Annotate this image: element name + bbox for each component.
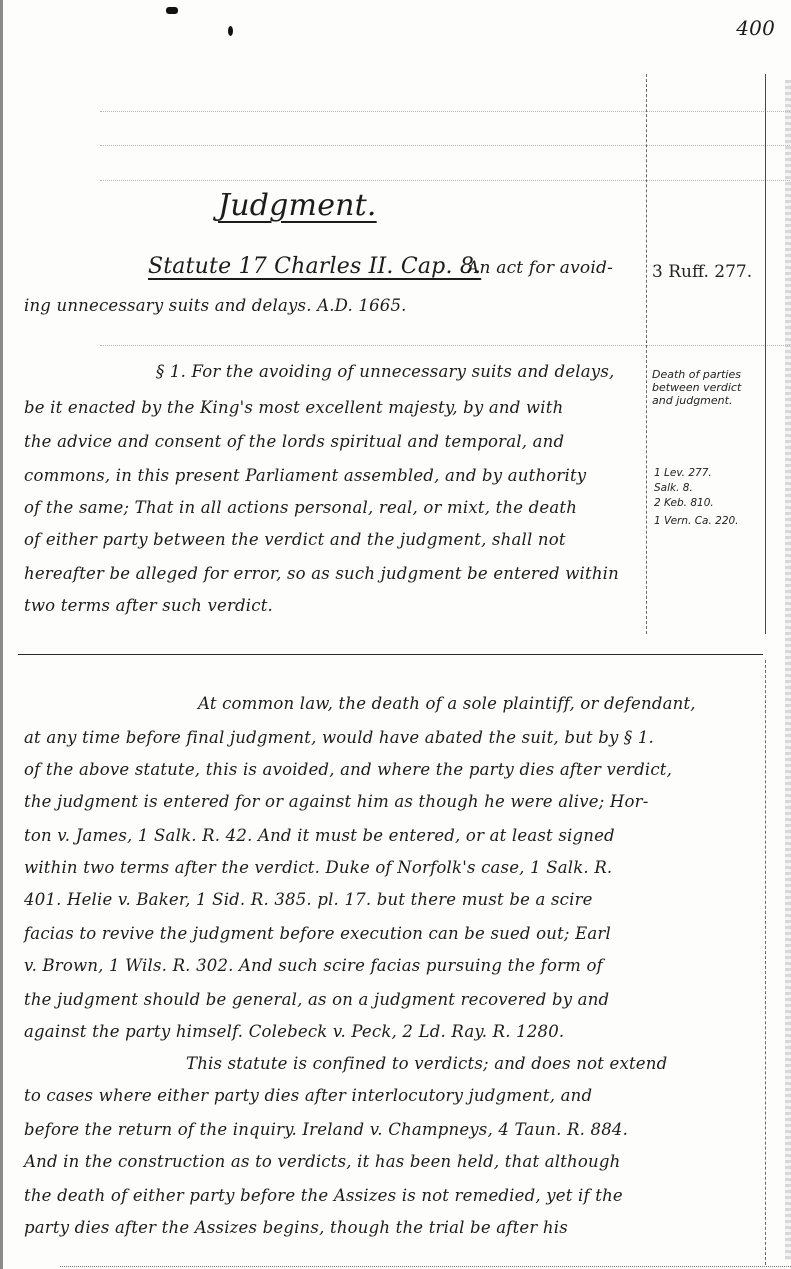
commentary-line: 401. Helie v. Baker, 1 Sid. R. 385. pl. …	[24, 890, 593, 909]
scan-left-edge	[0, 0, 3, 1269]
section-1-line: two terms after such verdict.	[24, 596, 273, 615]
margin-note-line: between verdict	[652, 381, 741, 394]
section-1-line: the advice and consent of the lords spir…	[24, 432, 564, 451]
margin-column-line	[765, 660, 766, 1265]
section-1-line: be it enacted by the King's most excelle…	[24, 398, 563, 417]
ink-blot	[228, 26, 233, 36]
manuscript-page: 400 Judgment. Statute 17 Charles II. Cap…	[0, 0, 791, 1269]
ink-blot	[166, 7, 178, 14]
commentary-line: facias to revive the judgment before exe…	[24, 924, 611, 943]
section-1-line: commons, in this present Parliament asse…	[24, 466, 586, 485]
margin-column-line	[765, 74, 766, 634]
commentary-line: to cases where either party dies after i…	[24, 1086, 592, 1105]
commentary-line: party dies after the Assizes begins, tho…	[24, 1218, 568, 1237]
margin-column-line	[646, 74, 647, 634]
commentary-line: ton v. James, 1 Salk. R. 42. And it must…	[24, 826, 615, 845]
statute-title: Statute 17 Charles II. Cap. 8.	[148, 254, 481, 279]
section-1-line: of the same; That in all actions persona…	[24, 498, 577, 517]
section-1-line: of either party between the verdict and …	[24, 530, 566, 549]
margin-citations: 1 Lev. 277. Salk. 8. 2 Keb. 810. 1 Vern.…	[654, 466, 739, 529]
margin-citation: 2 Keb. 810.	[654, 496, 739, 511]
page-number: 400	[736, 16, 775, 40]
ruled-line	[60, 1266, 791, 1267]
commentary-line: within two terms after the verdict. Duke…	[24, 858, 612, 877]
statute-title-continuation: An act for avoid-	[467, 258, 613, 278]
commentary-line: the death of either party before the Ass…	[24, 1186, 623, 1205]
commentary-line: the judgment is entered for or against h…	[24, 792, 649, 811]
margin-note: Death of parties between verdict and jud…	[652, 368, 741, 407]
commentary-line: the judgment should be general, as on a …	[24, 990, 609, 1009]
statute-subtitle: ing unnecessary suits and delays. A.D. 1…	[24, 296, 407, 315]
scan-right-edge	[785, 80, 791, 1260]
margin-citation: 3 Ruff. 277.	[652, 262, 752, 282]
margin-citation: Salk. 8.	[654, 481, 739, 496]
commentary-line: v. Brown, 1 Wils. R. 302. And such scire…	[24, 956, 603, 975]
margin-citation: 1 Vern. Ca. 220.	[654, 514, 739, 529]
ruled-line	[100, 111, 790, 112]
commentary-line: against the party himself. Colebeck v. P…	[24, 1022, 564, 1041]
commentary-line: at any time before final judgment, would…	[24, 728, 654, 747]
section-1-line: § 1. For the avoiding of unnecessary sui…	[156, 362, 614, 381]
commentary-line: of the above statute, this is avoided, a…	[24, 760, 672, 779]
commentary-line: This statute is confined to verdicts; an…	[186, 1054, 667, 1073]
section-1-line: hereafter be alleged for error, so as su…	[24, 564, 619, 583]
page-heading: Judgment.	[218, 188, 377, 223]
margin-note-line: and judgment.	[652, 394, 741, 407]
ruled-line	[100, 345, 790, 346]
commentary-line: And in the construction as to verdicts, …	[24, 1152, 620, 1171]
ruled-line	[100, 145, 790, 146]
commentary-line: At common law, the death of a sole plain…	[198, 694, 696, 713]
margin-note-line: Death of parties	[652, 368, 741, 381]
ruled-line	[100, 180, 790, 181]
section-divider	[18, 654, 763, 655]
margin-citation: 1 Lev. 277.	[654, 466, 739, 481]
commentary-line: before the return of the inquiry. Irelan…	[24, 1120, 628, 1139]
